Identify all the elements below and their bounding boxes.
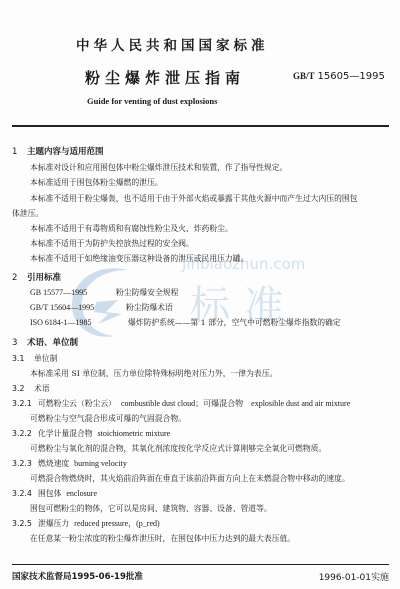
term-heading: 3.2.1可燃粉尘云（粉尘云） combustible dust cloud；可… [12, 398, 350, 409]
term-definition: 可燃粉尘与空气混合形成可爆的气固混合物。 [30, 413, 186, 424]
term-definition: 可燃粉尘与氧化剂的混合物，其氧化剂浓度按化学反应式计算刚够完全氧化可燃物质。 [30, 443, 326, 454]
term-heading: 3.2.3燃烧速度 burning velocity [12, 458, 127, 469]
paragraph: 体泄压。 [12, 208, 43, 219]
code-number: 15605—1995 [318, 71, 385, 82]
term-heading: 3.2.4围包体 enclosure [12, 488, 97, 499]
code-prefix: GB/T [293, 71, 315, 81]
term-definition: 围包可燃粉尘的物体，它可以是房间、建筑物、容器、设备、管道等。 [30, 503, 272, 514]
footer-divider [12, 564, 389, 565]
reference-item: ISO 6184-1—1985爆炸防护系统——第 1 部分，空气中可燃粉尘爆炸指… [30, 317, 341, 328]
section-heading-1: 1主题内容与适用范围 [12, 145, 104, 157]
header-divider [12, 125, 389, 127]
section-heading-2: 2引用标准 [12, 271, 61, 283]
subsection-heading: 3.2术语 [12, 383, 50, 394]
paragraph: 本标准采用 SI 单位制，压力单位除特殊标明绝对压力外，一律为表压。 [30, 368, 277, 379]
english-subtitle: Guide for venting of dust explosions [87, 96, 217, 106]
term-heading: 3.2.2化学计量混合物 stoichiometric mixture [12, 428, 170, 439]
term-definition: 可燃混合物燃烧时，其火焰前沿阵面在垂直于该前沿阵面方向上在未燃混合物中移动的速度… [30, 473, 350, 484]
term-definition: 在任意某一粉尘浓度的粉尘爆炸泄压时，在围包体中压力达到的最大表压值。 [30, 533, 295, 544]
reference-item: GB/T 15604—1995粉尘防爆术语 [30, 302, 173, 313]
reference-item: GB 15577—1995粉尘防爆安全规程 [30, 287, 178, 298]
paragraph: 本标准不适用于粉尘爆轰，也不适用于由于外部火焰或暴露于其他火源中而产生过大内压的… [30, 193, 357, 204]
subsection-heading: 3.1单位制 [12, 353, 57, 364]
paragraph: 本标准不适用于为防护失控放热过程的安全阀。 [30, 238, 194, 249]
implementation-date: 1996-01-01实施 [319, 570, 389, 583]
document-title: 粉尘爆炸泄压指南 [85, 67, 245, 88]
section-heading-3: 3术语、单位制 [12, 336, 78, 348]
term-heading: 3.2.5泄爆压力 reduced pressure，(p_red) [12, 518, 160, 529]
paragraph: 本标准适用于围包体粉尘爆燃的泄压。 [30, 177, 163, 188]
approval-date: 国家技术监督局1995-06-19批准 [12, 570, 143, 582]
paragraph: 本标准不适用于如绝缘油变压器这种设备的泄压或民用压力罐。 [30, 253, 248, 264]
standard-organization: 中华人民共和国国家标准 [76, 34, 269, 54]
paragraph: 本标准不适用于有毒物质和有腐蚀性粉尘及火、炸药粉尘。 [30, 223, 233, 234]
paragraph: 本标准对设计和应用围包体中粉尘爆炸泄压技术和装置，作了指导性规定。 [30, 162, 287, 173]
standard-code: GB/T 15605—1995 [293, 71, 385, 82]
